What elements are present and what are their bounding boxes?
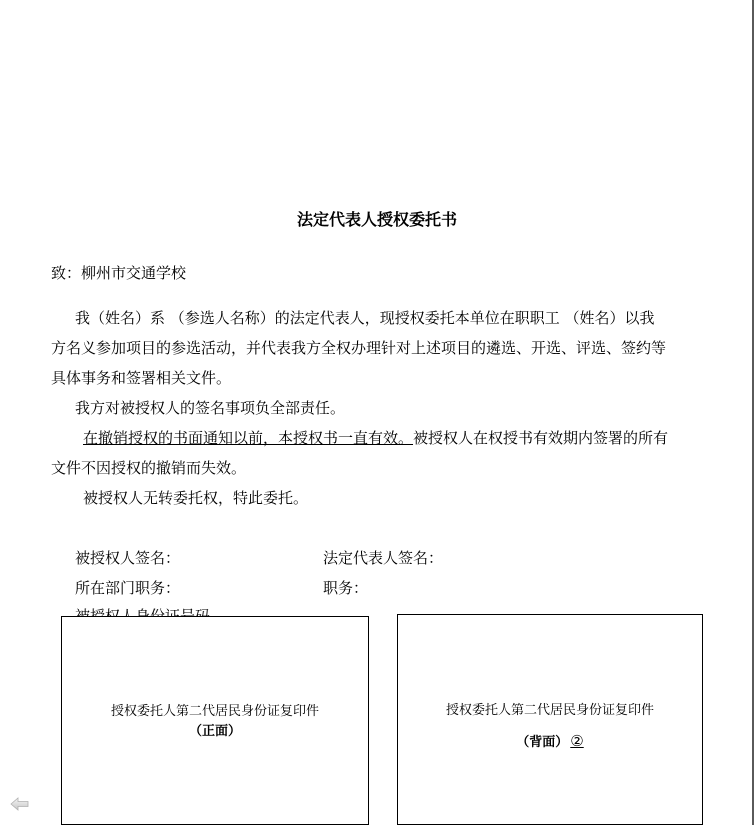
paragraph3-line2: 文件不因授权的撤销而失效。 — [51, 458, 246, 478]
paragraph4: 被授权人无转委托权，特此委托。 — [83, 488, 308, 508]
validity-clause-underlined: 在撤销授权的书面通知以前，本授权书一直有效。 — [83, 429, 413, 447]
left-arrow-icon[interactable] — [10, 796, 30, 812]
validity-clause-rest: 被授权人在权授书有效期内签署的所有 — [413, 429, 668, 447]
id-front-side-label: （正面） — [62, 723, 368, 741]
legal-rep-signature-label: 法定代表人签名： — [323, 548, 443, 568]
paragraph3-line1: 在撤销授权的书面通知以前，本授权书一直有效。被授权人在权授书有效期内签署的所有 — [83, 428, 668, 448]
id-front-caption: 授权委托人第二代居民身份证复印件 — [62, 703, 368, 721]
position-label: 职务： — [323, 578, 368, 598]
document-title: 法定代表人授权委托书 — [0, 209, 754, 231]
id-back-caption: 授权委托人第二代居民身份证复印件 — [398, 702, 702, 720]
paragraph2: 我方对被授权人的签名事项负全部责任。 — [75, 398, 345, 418]
id-card-front-box: 授权委托人第二代居民身份证复印件 （正面） — [61, 616, 369, 825]
department-position-label: 所在部门职务： — [75, 578, 180, 598]
id-back-side-row: （背面）② — [398, 732, 702, 752]
footnote-marker[interactable]: ② — [570, 732, 583, 750]
grantee-signature-label: 被授权人签名： — [75, 548, 180, 568]
id-back-side-label: （背面） — [516, 735, 568, 750]
addressee-line: 致：柳州市交通学校 — [51, 263, 186, 283]
paragraph1-line3: 具体事务和签署相关文件。 — [51, 368, 231, 388]
paragraph1-line1: 我（姓名）系 （参选人名称）的法定代表人，现授权委托本单位在职职工 （姓名）以我 — [75, 308, 655, 328]
paragraph1-line2: 方名义参加项目的参选活动，并代表我方全权办理针对上述项目的遴选、开选、评选、签约… — [51, 338, 666, 358]
id-card-back-box: 授权委托人第二代居民身份证复印件 （背面）② — [397, 614, 703, 825]
